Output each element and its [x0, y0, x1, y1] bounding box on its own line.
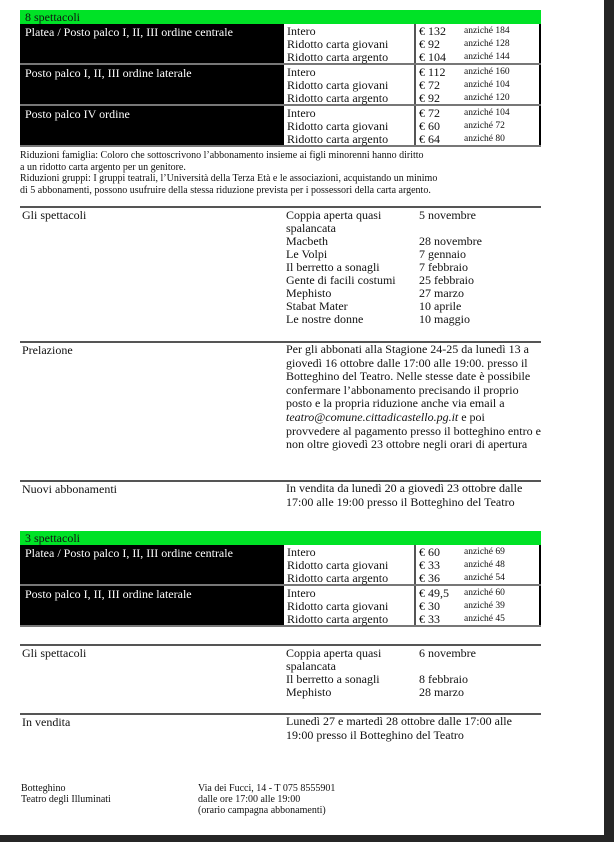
ticket-prices: € 112anziché 160€ 72anziché 104€ 92anzic… — [414, 65, 541, 104]
shows-list: Coppia aperta quasispalancata6 novembreI… — [286, 647, 476, 699]
ticket-types: InteroRidotto carta giovaniRidotto carta… — [283, 65, 414, 104]
table-header: 8 spettacoli — [20, 10, 541, 24]
price-table-3-shows: 3 spettacoli Platea / Posto palco I, II,… — [20, 531, 541, 627]
price-table-8-shows: 8 spettacoli Platea / Posto palco I, II,… — [20, 10, 541, 147]
note-line: a un ridotto carta argento per un genito… — [20, 162, 437, 174]
original-price: anziché 104 — [464, 107, 510, 120]
original-price: anziché 48 — [464, 559, 505, 572]
seat-category: Posto palco IV ordine — [20, 106, 283, 145]
section-label-in-vendita: In vendita — [22, 716, 70, 729]
original-price: anziché 184 — [464, 25, 510, 38]
email-link[interactable]: teatro@comune.cittadicastello.pg.it — [286, 410, 458, 424]
original-price: anziché 45 — [464, 613, 505, 626]
seat-category: Posto palco I, II, III ordine laterale — [20, 65, 283, 104]
price: € 36 — [419, 572, 464, 585]
table-row: Platea / Posto palco I, II, III ordine c… — [20, 24, 541, 65]
list-item: Coppia aperta quasispalancata6 novembre — [286, 647, 476, 673]
ticket-type: Ridotto carta argento — [287, 51, 414, 64]
table-header: 3 spettacoli — [20, 531, 541, 545]
ticket-type: Ridotto carta argento — [287, 613, 414, 626]
original-price: anziché 160 — [464, 66, 510, 79]
show-title: Le nostre donne — [286, 313, 419, 326]
original-price: anziché 39 — [464, 600, 505, 613]
footer-contact: Via dei Fucci, 14 - T 075 8555901 dalle … — [198, 783, 335, 816]
section-label-shows: Gli spettacoli — [22, 209, 86, 222]
ticket-prices: € 60anziché 69€ 33anziché 48€ 36anziché … — [414, 545, 541, 584]
ticket-types: InteroRidotto carta giovaniRidotto carta… — [283, 106, 414, 145]
list-item: Mephisto28 marzo — [286, 686, 476, 699]
document-page: 8 spettacoli Platea / Posto palco I, II,… — [0, 0, 604, 835]
table-row: Posto palco IV ordineInteroRidotto carta… — [20, 106, 541, 147]
original-price: anziché 54 — [464, 572, 505, 585]
note-line: Riduzioni gruppi: I gruppi teatrali, l’U… — [20, 173, 437, 185]
seat-category: Platea / Posto palco I, II, III ordine c… — [20, 24, 283, 63]
footer-box-office: Botteghino Teatro degli Illuminati — [21, 783, 111, 805]
section-label-shows: Gli spettacoli — [22, 647, 86, 660]
price: € 64 — [419, 133, 464, 146]
show-date: 5 novembre — [419, 209, 476, 235]
original-price: anziché 104 — [464, 79, 510, 92]
original-price: anziché 72 — [464, 120, 505, 133]
note-line: Riduzioni famiglia: Coloro che sottoscri… — [20, 150, 437, 162]
seat-category: Platea / Posto palco I, II, III ordine c… — [20, 545, 283, 584]
original-price: anziché 80 — [464, 133, 505, 146]
original-price: anziché 144 — [464, 51, 510, 64]
price: € 33 — [419, 613, 464, 626]
price: € 104 — [419, 51, 464, 64]
nuovi-text: In vendita da lunedì 20 a giovedì 23 ott… — [286, 482, 541, 509]
table-row: Platea / Posto palco I, II, III ordine c… — [20, 545, 541, 586]
original-price: anziché 128 — [464, 38, 510, 51]
ticket-type: Ridotto carta argento — [287, 572, 414, 585]
prelazione-text: Per gli abbonati alla Stagione 24-25 da … — [286, 343, 541, 452]
ticket-prices: € 132anziché 184€ 92anziché 128€ 104anzi… — [414, 24, 541, 63]
original-price: anziché 60 — [464, 587, 505, 600]
show-date: 10 maggio — [419, 313, 470, 326]
discount-notes: Riduzioni famiglia: Coloro che sottoscri… — [20, 150, 437, 196]
ticket-types: InteroRidotto carta giovaniRidotto carta… — [283, 586, 414, 625]
in-vendita-text: Lunedì 27 e martedì 28 ottobre dalle 17:… — [286, 715, 541, 742]
section-label-prelazione: Prelazione — [22, 344, 73, 357]
ticket-types: InteroRidotto carta giovaniRidotto carta… — [283, 24, 414, 63]
seat-category: Posto palco I, II, III ordine laterale — [20, 586, 283, 625]
ticket-types: InteroRidotto carta giovaniRidotto carta… — [283, 545, 414, 584]
list-item: Coppia aperta quasispalancata5 novembre — [286, 209, 482, 235]
show-date: 28 marzo — [419, 686, 464, 699]
show-title: Coppia aperta quasispalancata — [286, 647, 419, 673]
table-row: Posto palco I, II, III ordine lateraleIn… — [20, 65, 541, 106]
note-line: di 5 abbonamenti, possono usufruire dell… — [20, 185, 437, 197]
table-row: Posto palco I, II, III ordine lateraleIn… — [20, 586, 541, 627]
ticket-prices: € 49,5anziché 60€ 30anziché 39€ 33anzich… — [414, 586, 541, 625]
section-label-nuovi: Nuovi abbonamenti — [22, 483, 117, 496]
ticket-type: Ridotto carta argento — [287, 92, 414, 105]
ticket-type: Ridotto carta argento — [287, 133, 414, 146]
show-title: Coppia aperta quasispalancata — [286, 209, 419, 235]
show-title: Mephisto — [286, 686, 419, 699]
price: € 92 — [419, 92, 464, 105]
original-price: anziché 120 — [464, 92, 510, 105]
original-price: anziché 69 — [464, 546, 505, 559]
list-item: Le nostre donne10 maggio — [286, 313, 482, 326]
shows-list: Coppia aperta quasispalancata5 novembreM… — [286, 209, 482, 326]
show-date: 6 novembre — [419, 647, 476, 673]
ticket-prices: € 72anziché 104€ 60anziché 72€ 64anziché… — [414, 106, 541, 145]
